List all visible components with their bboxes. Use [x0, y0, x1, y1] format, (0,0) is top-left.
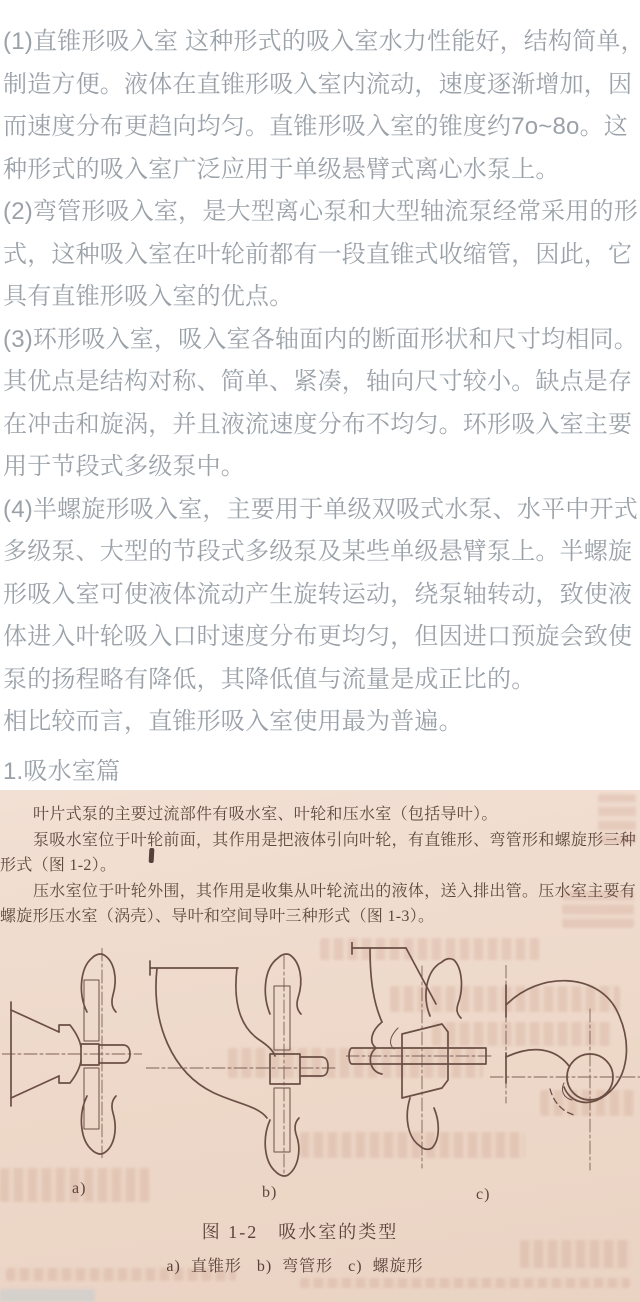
figure-label-a: a) [72, 1180, 86, 1198]
paragraph-comparison-summary: 相比较而言，直锥形吸入室使用最为普遍。 [3, 701, 637, 744]
article-text-section: (1)直锥形吸入室 这种形式的吸入室水力性能好，结构简单， 制造方便。液体在直锥… [0, 0, 640, 790]
scan-paragraphs: 叶片式泵的主要过流部件有吸水室、叶轮和压水室（包括导叶）。 泵吸水室位于叶轮前面… [0, 802, 640, 930]
scan-text-line: 螺旋形压水室（涡壳）、导叶和空间导叶三种形式（图 1-3）。 [0, 904, 640, 930]
scan-corner-smudge [0, 1289, 95, 1302]
figure-subcaption: a) 直锥形 b) 弯管形 c) 螺旋形 [0, 1253, 615, 1276]
bent-pipe-suction-diagram [146, 948, 336, 1180]
scanned-book-page: 叶片式泵的主要过流部件有吸水室、叶轮和压水室（包括导叶）。 泵吸水室位于叶轮前面… [0, 790, 640, 1302]
paragraph-semi-spiral-suction: (4)半螺旋形吸入室，主要用于单级双吸式水泵、水平中开式 多级泵、大型的节段式多… [3, 489, 637, 702]
section-heading-suction-chamber: 1.吸水室篇 [3, 751, 637, 791]
scan-text-line: 叶片式泵的主要过流部件有吸水室、叶轮和压水室（包括导叶）。 [0, 802, 640, 828]
scan-text-line: 形式（图 1-2）。 [0, 853, 640, 879]
straight-cone-suction-diagram [2, 948, 142, 1158]
page: (1)直锥形吸入室 这种形式的吸入室水力性能好，结构简单， 制造方便。液体在直锥… [0, 0, 640, 1302]
paragraph-annular-suction: (3)环形吸入室，吸入室各轴面内的断面形状和尺寸均相同。 其优点是结构对称、简单… [3, 319, 637, 489]
figure-label-c: c) [476, 1186, 490, 1204]
figure-label-b: b) [262, 1184, 277, 1202]
paragraph-straight-cone-suction: (1)直锥形吸入室 这种形式的吸入室水力性能好，结构简单， 制造方便。液体在直锥… [3, 21, 637, 191]
scan-text-line: 泵吸水室位于叶轮前面，其作用是把液体引向叶轮，有直锥形、弯管形和螺旋形三种 [0, 828, 640, 854]
semi-spiral-suction-diagram [346, 942, 494, 1172]
spiral-volute-suction-diagram [490, 965, 640, 1180]
scan-text-line: 压水室位于叶轮外围，其作用是收集从叶轮流出的液体，送入排出管。压水室主要有 [0, 879, 640, 905]
bleed-smudge [300, 1278, 630, 1288]
paragraph-bent-pipe-suction: (2)弯管形吸入室，是大型离心泵和大型轴流泵经常采用的形 式，这种吸入室在叶轮前… [3, 191, 637, 319]
figure-caption: 图 1-2 吸水室的类型 [0, 1218, 620, 1244]
